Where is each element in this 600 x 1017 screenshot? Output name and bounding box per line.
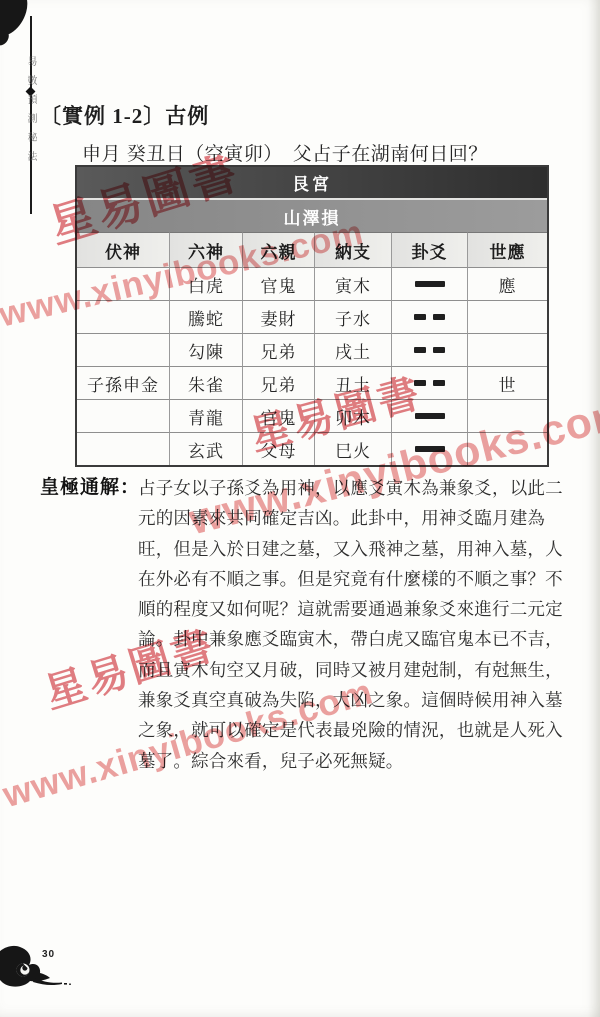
table-cell: 兄弟 — [243, 366, 315, 399]
commentary-line: 而且寅木旬空又月破，同時又被月建尅制，有尅無生， — [40, 655, 564, 685]
table-cell: 應 — [468, 267, 547, 300]
column-header: 世應 — [468, 232, 547, 267]
table-cell: 妻財 — [243, 300, 315, 333]
yao-line-cell — [392, 300, 468, 333]
table-body: 白虎官鬼寅木應騰蛇妻財子水勾陳兄弟戌土子孫申金朱雀兄弟丑土世青龍官鬼卯木玄武父母… — [77, 267, 547, 465]
table-cell: 卯木 — [315, 399, 392, 432]
table-cell: 父母 — [243, 432, 315, 465]
table-row: 勾陳兄弟戌土 — [77, 333, 547, 366]
table-cell: 丑土 — [315, 366, 392, 399]
yao-line-cell — [392, 267, 468, 300]
table-cell: 巳火 — [315, 432, 392, 465]
column-header: 納支 — [315, 232, 392, 267]
commentary-line: 之象，就可以確定是代表最兇險的情況，也就是人死入 — [40, 715, 564, 745]
table-cell — [77, 333, 170, 366]
commentary-line: 墓了。綜合來看，兒子必死無疑。 — [40, 746, 564, 776]
column-header: 伏神 — [77, 232, 170, 267]
table-cell — [468, 300, 547, 333]
commentary-line: 兼象爻真空真破為失陷，大凶之象。這個時候用神入墓 — [40, 685, 564, 715]
commentary-line: 在外必有不順之事。但是究竟有什麼樣的不順之事？不 — [40, 564, 564, 594]
book-page: 易數預測秘法 〔實例 1-2〕古例 申月 癸丑日（空寅卯） 父占子在湖南何日回？… — [0, 0, 600, 1017]
table-cell: 子孫申金 — [77, 366, 170, 399]
table-cell: 玄武 — [170, 432, 243, 465]
table-cell — [77, 432, 170, 465]
table-row: 玄武父母巳火 — [77, 432, 547, 465]
table-cell: 兄弟 — [243, 333, 315, 366]
table-cell: 子水 — [315, 300, 392, 333]
table-cell: 朱雀 — [170, 366, 243, 399]
table-cell: 寅木 — [315, 267, 392, 300]
palace-banner: 艮宮 — [77, 167, 547, 198]
table-cell: 青龍 — [170, 399, 243, 432]
yin-line-icon — [414, 314, 445, 320]
scan-edge-shade — [588, 0, 600, 1017]
commentary-label: 皇極通解： — [40, 473, 140, 503]
table-row: 騰蛇妻財子水 — [77, 300, 547, 333]
table-row: 白虎官鬼寅木應 — [77, 267, 547, 300]
commentary-line: 旺，但是入於日建之墓，又入飛神之墓，用神入墓，人 — [40, 534, 564, 564]
spine-edge-text: 易數預測秘法 — [23, 56, 38, 170]
yin-line-icon — [414, 347, 445, 353]
table-cell: 官鬼 — [243, 267, 315, 300]
table-cell: 騰蛇 — [170, 300, 243, 333]
table-cell: 白虎 — [170, 267, 243, 300]
column-header: 卦爻 — [392, 232, 468, 267]
table-cell — [468, 432, 547, 465]
yao-line-cell — [392, 399, 468, 432]
commentary-line: 元的因素來共同確定吉凶。此卦中，用神爻臨月建為 — [40, 503, 564, 533]
example-title: 〔實例 1-2〕古例 — [40, 100, 209, 130]
table-header-row: 伏神六神六親納支卦爻世應 — [77, 232, 547, 267]
table-row: 子孫申金朱雀兄弟丑土世 — [77, 366, 547, 399]
commentary-line: 論。卦中兼象應爻臨寅木，帶白虎又臨官鬼本已不吉， — [40, 624, 564, 654]
column-header: 六神 — [170, 232, 243, 267]
page-number: 30 — [42, 949, 55, 960]
table-cell — [468, 399, 547, 432]
table-cell — [77, 399, 170, 432]
yao-line-cell — [392, 333, 468, 366]
hexagram-table: 艮宮 山澤損 伏神六神六親納支卦爻世應 白虎官鬼寅木應騰蛇妻財子水勾陳兄弟戌土子… — [75, 165, 549, 467]
commentary-line: 順的程度又如何呢？這就需要通過兼象爻來進行二元定 — [40, 594, 564, 624]
table-row: 青龍官鬼卯木 — [77, 399, 547, 432]
yin-line-icon — [414, 380, 445, 386]
yao-line-cell — [392, 366, 468, 399]
yang-line-icon — [415, 446, 445, 452]
table-cell — [77, 300, 170, 333]
hexagram-name-banner: 山澤損 — [77, 198, 547, 232]
table-cell: 戌土 — [315, 333, 392, 366]
divination-question: 申月 癸丑日（空寅卯） 父占子在湖南何日回？ — [82, 139, 488, 166]
column-header: 六親 — [243, 232, 315, 267]
table-cell: 勾陳 — [170, 333, 243, 366]
table-cell — [77, 267, 170, 300]
commentary-line: 皇極通解：占子女以子孫爻為用神，以應爻寅木為兼象爻，以此二 — [40, 473, 564, 503]
yao-line-cell — [392, 432, 468, 465]
yang-line-icon — [415, 281, 445, 287]
commentary-block: 皇極通解：占子女以子孫爻為用神，以應爻寅木為兼象爻，以此二元的因素來共同確定吉凶… — [40, 473, 564, 776]
yang-line-icon — [415, 413, 445, 419]
table-cell — [468, 333, 547, 366]
cloud-ornament-icon — [0, 944, 80, 1004]
table-cell: 世 — [468, 366, 547, 399]
table-cell: 官鬼 — [243, 399, 315, 432]
